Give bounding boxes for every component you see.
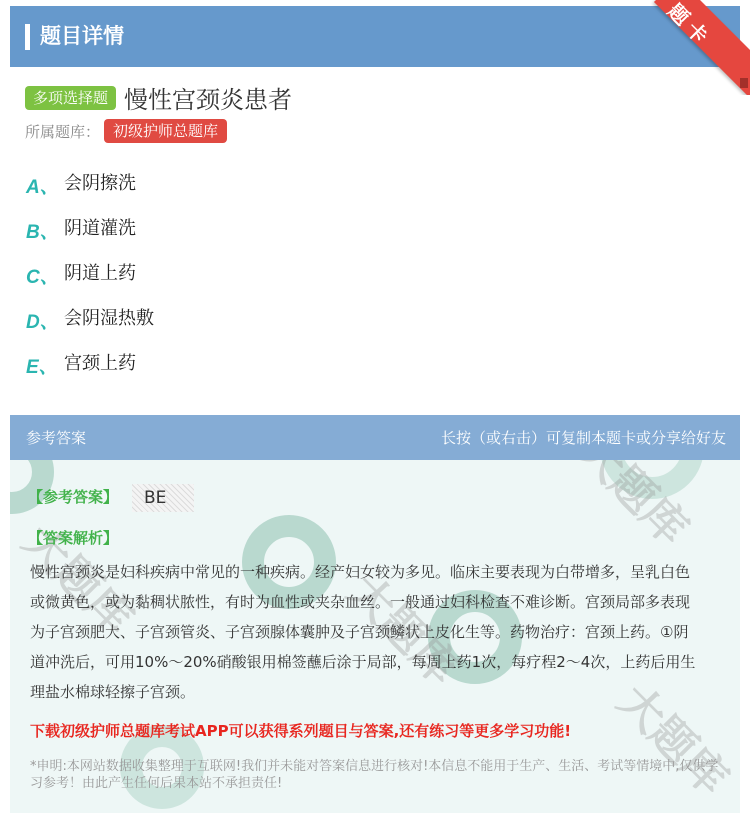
page-title: 题目详情 (40, 20, 124, 50)
explanation-text: 慢性宫颈炎是妇科疾病中常见的一种疾病。经产妇女较为多见。临床主要表现为白带增多，… (30, 557, 700, 707)
option-a[interactable]: A、 会阴擦洗 (26, 172, 154, 217)
answer-panel: 大题库 大题库 大题库 大题库 参考答案 长按（或右击）可复制本题卡或分享给好友… (10, 415, 740, 813)
option-text: 阴道灌洗 (64, 217, 136, 241)
options-list: A、 会阴擦洗 B、 阴道灌洗 C、 阴道上药 D、 会阴湿热敷 E、 宫颈上药 (26, 172, 154, 397)
option-e[interactable]: E、 宫颈上药 (26, 352, 154, 397)
option-text: 宫颈上药 (64, 352, 136, 376)
bank-label: 所属题库： (25, 121, 100, 142)
app-download-promo[interactable]: 下载初级护师总题库考试APP可以获得系列题目与答案,还有练习等更多学习功能! (30, 720, 571, 741)
share-hint: 长按（或右击）可复制本题卡或分享给好友 (441, 427, 726, 448)
option-b[interactable]: B、 阴道灌洗 (26, 217, 154, 262)
option-text: 会阴擦洗 (64, 172, 136, 196)
option-letter: A、 (26, 172, 64, 199)
ribbon-fold (740, 78, 748, 88)
answer-section-header: 参考答案 长按（或右击）可复制本题卡或分享给好友 (10, 415, 740, 460)
explanation-label: 【答案解析】 (28, 527, 118, 548)
option-text: 会阴湿热敷 (64, 307, 154, 331)
option-letter: B、 (26, 217, 64, 244)
option-letter: E、 (26, 352, 64, 379)
answer-label: 【参考答案】 (28, 486, 118, 507)
question-bank-row: 所属题库： 初级护师总题库 (25, 119, 227, 143)
page-header: 题目详情 (10, 6, 740, 67)
question-type-badge: 多项选择题 (25, 86, 116, 110)
option-c[interactable]: C、 阴道上药 (26, 262, 154, 307)
question-title: 慢性宫颈炎患者 (124, 80, 292, 115)
option-letter: D、 (26, 307, 64, 334)
answer-value: BE (132, 484, 194, 512)
question-heading: 多项选择题 慢性宫颈炎患者 (25, 80, 292, 115)
answer-section-title: 参考答案 (26, 427, 86, 448)
bank-tag-link[interactable]: 初级护师总题库 (104, 119, 227, 143)
option-text: 阴道上药 (64, 262, 136, 286)
option-d[interactable]: D、 会阴湿热敷 (26, 307, 154, 352)
option-letter: C、 (26, 262, 64, 289)
disclaimer-text: *申明:本网站数据收集整理于互联网!我们并未能对答案信息进行核对!本信息不能用于… (30, 758, 720, 792)
header-accent-bar (25, 24, 30, 50)
